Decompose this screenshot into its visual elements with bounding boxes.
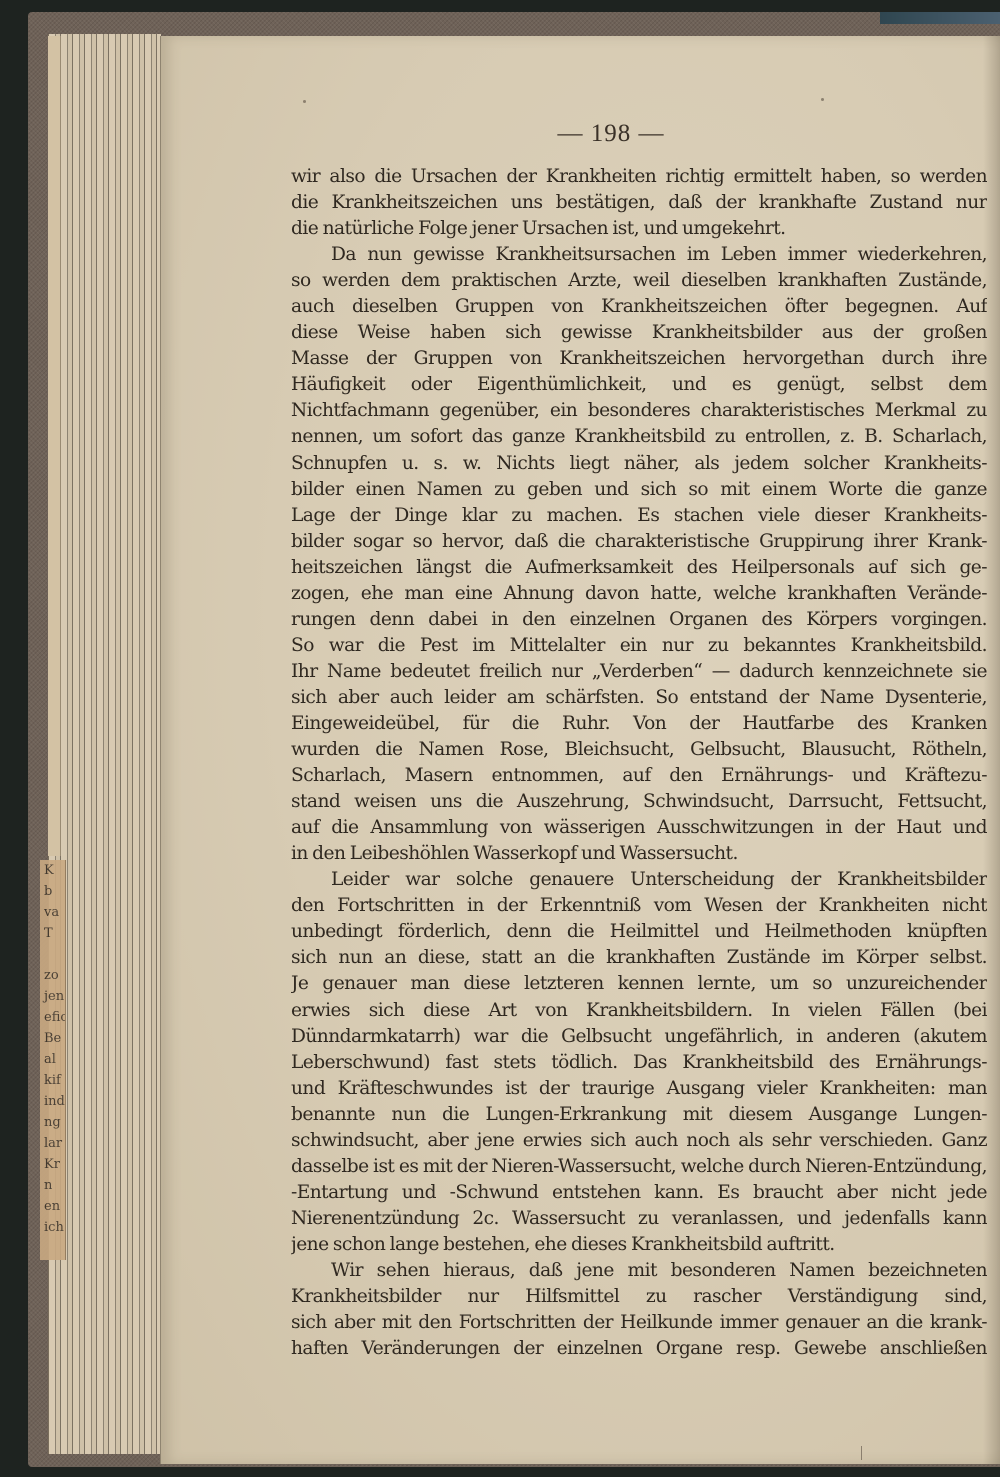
text-line: so werden dem praktischen Arzte, weil di… [291,268,987,294]
paragraph: Da nun gewisse Krankheitsursachen im Leb… [291,242,987,867]
text-line: Dünndarmkatarrh) war die Gelbsucht ungef… [291,1024,987,1050]
text-line: wir also die Ursachen der Krankheiten ri… [291,164,987,190]
book-scan: K b va T zo jen efic Be al kif ind ng la… [0,0,1000,1477]
text-line: bilder einen Namen zu geben und sich so … [291,477,987,503]
text-line: auf die Ansammlung von wässerigen Aussch… [291,815,987,841]
text-line: Nierenentzündung 2c. Wassersucht zu vera… [291,1206,987,1232]
paragraph: wir also die Ursachen der Krankheiten ri… [291,164,987,242]
text-line: nennen, um sofort das ganze Krankheitsbi… [291,424,987,450]
text-line: heitszeichen längst die Aufmerksamkeit d… [291,555,987,581]
text-line: Leberschwund) fast stets tödlich. Das Kr… [291,1050,987,1076]
text-line: Scharlach, Masern entnommen, auf den Ern… [291,763,987,789]
text-line: haften Veränderungen der einzelnen Organ… [291,1336,987,1362]
text-line: So war die Pest im Mittelalter ein nur z… [291,633,987,659]
text-line: rungen denn dabei in den einzelnen Organ… [291,607,987,633]
text-line: Lage der Dinge klar zu machen. Es stache… [291,503,987,529]
text-line: schwindsucht, aber jene erwies sich auch… [291,1128,987,1154]
text-line: Krankheitsbilder nur Hilfsmittel zu rasc… [291,1284,987,1310]
text-line: unbedingt förderlich, denn die Heilmitte… [291,919,987,945]
text-line: erwies sich diese Art von Krankheitsbild… [291,998,987,1024]
paper-speck [821,98,824,101]
text-line: die natürliche Folge jener Ursachen ist,… [291,216,987,242]
torn-leaf-edge [48,36,61,856]
text-line: sich aber auch leider am schärfsten. So … [291,685,987,711]
text-line: sich aber mit den Fortschritten der Heil… [291,1310,987,1336]
text-line: diese Weise haben sich gewisse Krankheit… [291,320,987,346]
text-line: auch dieselben Gruppen von Krankheitszei… [291,294,987,320]
paper-speck [861,1446,862,1460]
text-line: bilder sogar so hervor, daß die charakte… [291,529,987,555]
facing-page-fragment: K b va T zo jen efic Be al kif ind ng la… [40,860,66,1260]
text-line: Eingeweideübel, für die Ruhr. Von der Ha… [291,711,987,737]
paper-speck [303,100,306,103]
text-line: in den Leibeshöhlen Wasserkopf und Wasse… [291,841,987,867]
text-line: jene schon lange bestehen, ehe dieses Kr… [291,1232,987,1258]
text-line: Da nun gewisse Krankheitsursachen im Leb… [291,242,987,268]
text-line: dasselbe ist es mit der Nieren-Wassersuc… [291,1154,987,1180]
paragraph: Leider war solche genauere Unterscheidun… [291,867,987,1258]
text-line: -Entartung und -Schwund entstehen kann. … [291,1180,987,1206]
text-line: stand weisen uns die Auszehrung, Schwind… [291,789,987,815]
text-line: Wir sehen hieraus, daß jene mit besonder… [291,1258,987,1284]
text-line: Masse der Gruppen von Krankheitszeichen … [291,346,987,372]
page-number: — 198 — [161,120,1000,148]
book-page: — 198 — wir also die Ursachen der Krankh… [160,36,1000,1464]
text-line: Leider war solche genauere Unterscheidun… [291,867,987,893]
text-line: wurden die Namen Rose, Bleichsucht, Gelb… [291,737,987,763]
text-line: den Fortschritten in der Erkenntniß vom … [291,893,987,919]
text-line: und Kräfteschwundes ist der traurige Aus… [291,1076,987,1102]
background-strip [880,12,1000,24]
text-line: Nichtfachmann gegenüber, ein besonderes … [291,398,987,424]
text-line: sich nun an diese, statt an die krankhaf… [291,945,987,971]
text-line: zogen, ehe man eine Ahnung davon hatte, … [291,581,987,607]
text-line: benannte nun die Lungen-Erkrankung mit d… [291,1102,987,1128]
text-line: Ihr Name bedeutet freilich nur „Verderbe… [291,659,987,685]
text-line: Schnupfen u. s. w. Nichts liegt näher, a… [291,451,987,477]
text-line: Häufigkeit oder Eigenthümlichkeit, und e… [291,372,987,398]
body-text: wir also die Ursachen der Krankheiten ri… [291,164,987,1362]
text-line: die Krankheitszeichen uns bestätigen, da… [291,190,987,216]
text-line: Je genauer man diese letzteren kennen le… [291,971,987,997]
paragraph: Wir sehen hieraus, daß jene mit besonder… [291,1258,987,1362]
